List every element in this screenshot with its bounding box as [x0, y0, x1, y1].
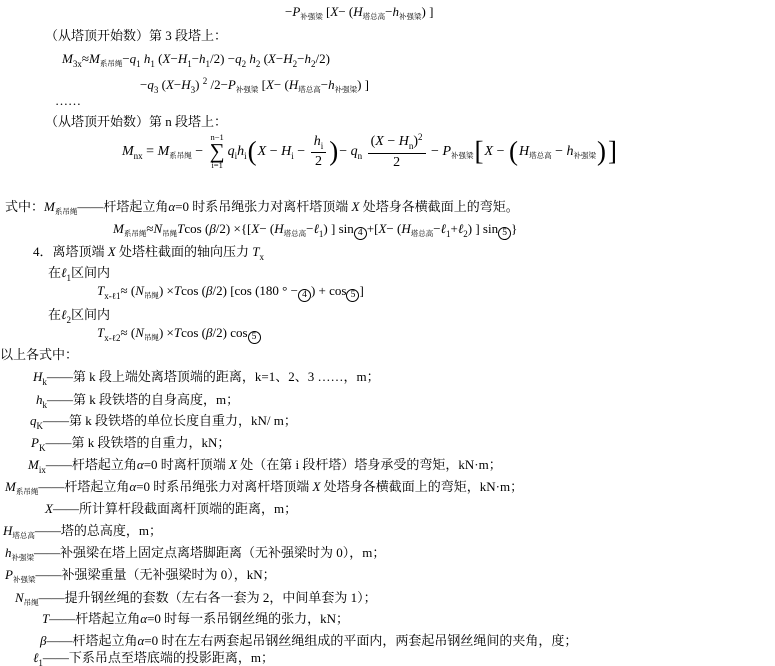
formula-m-xidiaosheng: M系吊绳≈N吊绳Tcos (β/2) ×{[X− (H塔总高−ℓ1) ] sin…	[113, 220, 517, 243]
formula-p-continuation: −P补强梁 [X− (H塔总高−h补强梁) ]	[285, 3, 433, 25]
def-M-xidiaosheng: M系吊绳——杆塔起立角α=0 时系吊绳张力对离杆塔顶端 X 处塔身各横截面上的弯…	[5, 478, 523, 500]
def-hk: hk——第 k 段铁塔的自身高度，m；	[36, 391, 239, 414]
def-l1: ℓ1——下系吊点至塔底端的投影距离，m；	[33, 649, 274, 666]
formula-t-x-l2: Tx-ℓ2≈ (N吊绳) ×Tcos (β/2) cos5	[97, 324, 261, 347]
def-H-total: H塔总高——塔的总高度，m；	[3, 522, 162, 544]
def-X: X——所计算杆段截面离杆顶端的距离，m；	[45, 500, 297, 517]
item-4-axial-force: 4．离塔顶端 X 处塔柱截面的轴向压力 Tx	[33, 243, 264, 266]
def-T: T——杆塔起立角α=0 时每一系吊钢丝绳的张力，kN；	[42, 610, 349, 627]
ellipsis: ……	[55, 92, 81, 109]
def-h-beam: h补强梁——补强梁在塔上固定点离塔脚距离（无补强梁时为 0），m；	[5, 544, 385, 566]
formula-m3x-line2: −q3 (X−H3) 2 /2−P补强梁 [X− (H塔总高−h补强梁) ]	[140, 73, 369, 99]
formula-t-x-l1: Tx-ℓ1≈ (N吊绳) ×Tcos (β/2) [cos (180 ° −4)…	[97, 282, 364, 305]
definitions-heading: 以上各式中：	[0, 346, 78, 363]
heading-tower-segment-3: （从塔顶开始数）第 3 段塔上：	[45, 27, 227, 44]
formula-m3x-line1: M3x≈M系吊绳−q1 h1 (X−H1−h1/2) −q2 h2 (X−H2−…	[62, 50, 330, 73]
def-P-beam: P补强梁——补强梁重量（无补强梁时为 0），kN；	[5, 566, 276, 588]
def-Hk: Hk——第 k 段上端处离塔顶端的距离，k=1、2、3 ……，m；	[33, 368, 380, 391]
def-Mix: Mix——杆塔起立角α=0 时离杆顶端 X 处（在第 i 段杆塔）塔身承受的弯矩…	[28, 456, 502, 479]
where-clause-m: 式中：M系吊绳——杆塔起立角α=0 时系吊绳张力对离杆塔顶端 X 处塔身各横截面…	[5, 198, 519, 220]
main-equation: Mnx = M系吊绳 − n−1∑i=1qihi(X − Hi − hi2)− …	[122, 133, 618, 170]
def-qK: qK——第 k 段铁塔的单位长度自重力，kN/ m；	[30, 412, 297, 435]
heading-tower-segment-n: （从塔顶开始数）第 n 段塔上：	[45, 113, 227, 130]
def-PK: PK——第 k 段铁塔的自重力，kN；	[31, 434, 230, 457]
def-N: N吊绳——提升钢丝绳的套数（左右各一套为 2，中间单套为 1）；	[15, 589, 377, 611]
def-beta: β——杆塔起立角α=0 时在左右两套起吊钢丝绳组成的平面内，两套起吊钢丝绳间的夹…	[40, 632, 577, 649]
document-page: −P补强梁 [X− (H塔总高−h补强梁) ] （从塔顶开始数）第 3 段塔上：…	[0, 0, 775, 666]
